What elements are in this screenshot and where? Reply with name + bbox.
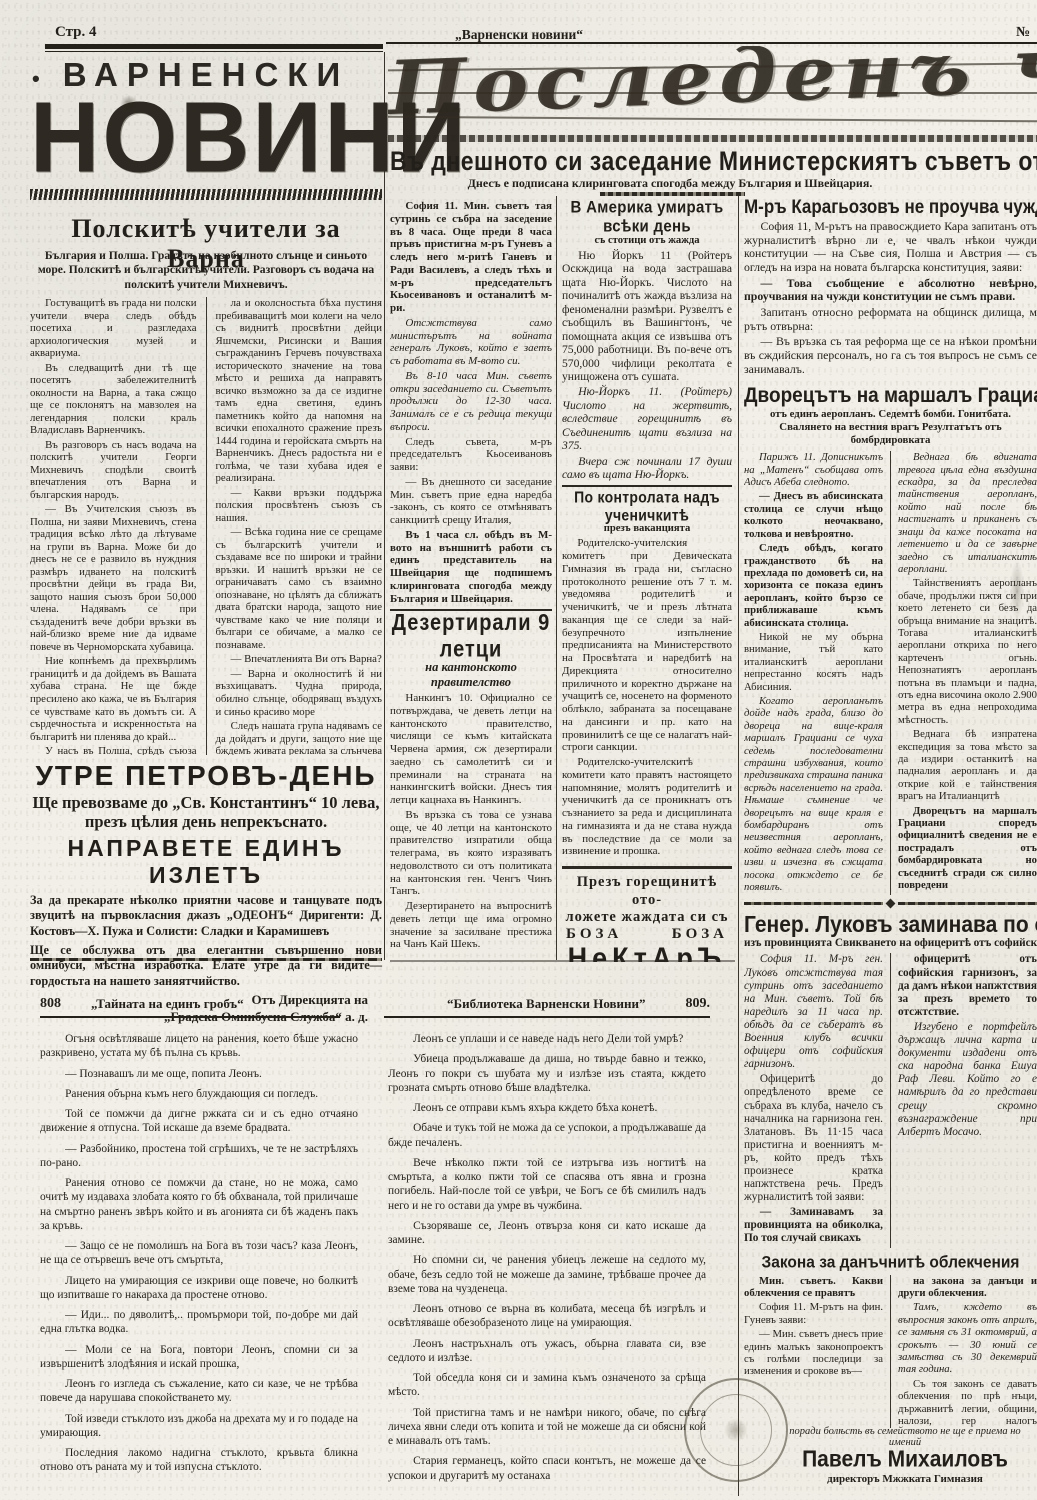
header-rule-right	[386, 42, 1037, 44]
excursion-advertisement: УТРЕ ПЕТРОВЪ-ДЕНЬ Ще превозваме до „Св. …	[30, 760, 382, 1026]
paragraph: Леонъ се уплаши и се наведе надъ него Де…	[388, 1032, 706, 1046]
paragraph: Въ връзка съ това се узнава още, че 40 л…	[390, 809, 552, 898]
paragraph: Офицеритѣ до опредѣленото време се събра…	[744, 1073, 883, 1204]
paragraph: София 11. М-рътъ на фин. Гуневъ заяви:	[744, 1301, 883, 1326]
paragraph: Родителско-учителския комитетъ при Девич…	[562, 537, 732, 754]
karagyozov-article-body: София 11, М-рътъ на правосждието Кара за…	[744, 220, 1037, 376]
paragraph: Гостуващитѣ въ града ни полски учители в…	[30, 297, 197, 360]
boza-brand-name: НеКтАрЪ	[562, 942, 732, 962]
paragraph: Въ следващитѣ дни тѣ ще посетятъ забележ…	[30, 362, 197, 437]
paragraph: Огъня освѣтляваше лицето на ранения, кое…	[40, 1032, 358, 1061]
paragraph: — Това съобщение е абсолютно невѣрно, пр…	[744, 277, 1037, 304]
paragraph: — Въ връзка съ тая реформа ще се на нѣко…	[744, 335, 1037, 376]
serial-text-column-1: Огъня освѣтляваше лицето на ранения, кое…	[40, 1032, 358, 1494]
ad-fare-line: Ще превозваме до „Св. Константинъ“ 10 ле…	[30, 794, 382, 832]
paragraph: Следъ съвета, м-ръ председательтъ Кьосеи…	[390, 436, 552, 474]
signature-note: поради болѣсть въ семейството не ще е пр…	[780, 1426, 1030, 1448]
paragraph: Парижъ 11. Дописникътъ на „Матенъ“ съобщ…	[744, 451, 883, 488]
ad-body-1: За да прекарате нѣколко приятни часове и…	[30, 893, 382, 939]
serial-right-page-header: “Библиотека Варненски Новини” 809.	[384, 996, 710, 1018]
america-subhead: съ стотици отъ жажда	[562, 235, 732, 246]
paragraph: Ранения обърна къмъ него блуждающия си п…	[40, 1087, 358, 1101]
section-divider	[390, 960, 735, 962]
paragraph: Но спомни си, че ранения убиецъ лежеше н…	[388, 1253, 706, 1296]
paragraph: Съ тоя законъ се даватъ облекчения по пр…	[898, 1378, 1037, 1428]
serial-right-page-number: 809.	[686, 996, 711, 1012]
ad-title: УТРЕ ПЕТРОВЪ-ДЕНЬ	[30, 760, 382, 792]
lukov-deck: изъ провинцията Свикването на офицеритѣ …	[744, 937, 1037, 949]
paragraph: — Впечатленията Ви отъ Варна?	[216, 653, 383, 666]
paragraph: — Варна и околноститѣ й ни възхищаватъ. …	[216, 668, 383, 718]
pupils-article-body: Родителско-учителския комитетъ при Девич…	[562, 537, 732, 858]
paragraph: Леонъ се отправи къмъ яхъра кждето бѣха …	[388, 1101, 706, 1115]
page-number-label: Стр. 4	[55, 24, 97, 41]
paragraph: — Въ днешното си заседание Мин. съветъ п…	[390, 476, 552, 527]
paragraph: — Защо се не помолишъ на Бога въ този ча…	[40, 1239, 358, 1268]
pupils-subhead: презъ ваканцията	[562, 523, 732, 534]
paragraph: Запитанъ относно реформата на общинск ди…	[744, 306, 1037, 333]
paragraph: Нанкингъ 10. Официално се потвърждава, ч…	[390, 692, 552, 807]
paragraph: — Разбойнико, простена той сгрѣшихъ, че …	[40, 1142, 358, 1171]
serial-right-page-title: “Библиотека Варненски Новини”	[447, 996, 646, 1012]
paragraph: офицеритѣ отъ софийския гарнизонъ, за да…	[898, 953, 1037, 1018]
america-headline: В Америка умиратъ всѣки день	[562, 200, 732, 236]
masthead: • ВАРНЕНСКИ НОВИНИ	[30, 56, 382, 200]
paragraph: София 11. М-ръ ген. Луковъ отсжтствува т…	[744, 953, 883, 1071]
signature-name: Павелъ Михаиловъ	[780, 1447, 1030, 1473]
masthead-title: НОВИНИ	[30, 92, 382, 184]
paragraph: Отсжтствува само министърътъ на войната …	[390, 317, 552, 368]
signature-title: директоръ Мжжката Гимназия	[780, 1473, 1030, 1485]
banner-ornament-bar	[600, 192, 745, 196]
deserters-headline-block: Дезертирали 9 летци на кантонското прави…	[390, 609, 552, 689]
paragraph: ла и околсностьта бѣха пустиня пребивава…	[216, 297, 383, 485]
section-divider	[30, 958, 382, 961]
paragraph: Тайнствениятъ аеропланъ обаче, продължи …	[898, 577, 1037, 726]
ornament-strip	[388, 135, 1037, 142]
paragraph: Следъ обѣдъ, когато гражданството бѣ на …	[744, 542, 883, 629]
paragraph: Ню-Йоркъ 11. (Ройтеръ) Числото на жертви…	[562, 385, 732, 452]
lukov-column-2: офицеритѣ отъ софийския гарнизонъ, за да…	[890, 953, 1037, 1247]
paragraph: Той изведи стъклото изъ джоба на дрехата…	[40, 1412, 358, 1441]
karagyozov-headline: М-ръ Карагьозовъ не проучва чужди консти…	[744, 196, 1037, 218]
banner-subheadline: Днесъ е подписана клиринговата спогодба …	[450, 176, 890, 191]
serial-left-page-header: 808 „Тайната на единъ гробъ“	[40, 996, 340, 1018]
paragraph: Дворецътъ на маршалъ Грациани споредъ оф…	[898, 805, 1037, 892]
lukov-article-body: София 11. М-ръ ген. Луковъ отсжтствува т…	[744, 953, 1037, 1247]
pupils-headline-block: По контролата надъ ученичкитѣ презъ вака…	[562, 485, 732, 534]
paragraph: Дезертирането на въпроснитѣ деветь летци…	[390, 900, 552, 951]
lukov-column-1: София 11. М-ръ ген. Луковъ отсжтствува т…	[744, 953, 883, 1247]
paragraph: Леонъ отново се върна въ колибата, месец…	[388, 1302, 706, 1331]
paragraph: Вече нѣколко пжти той се изтръгва изъ но…	[388, 1156, 706, 1213]
lead-article-column-2: ла и околсностьта бѣха пустиня пребивава…	[206, 297, 383, 755]
paragraph: Ние копнѣемъ да прехвърлимъ границитѣ и …	[30, 655, 197, 743]
paragraph: Той пристигна тамъ и не намѣри никого, о…	[388, 1406, 706, 1449]
paragraph: — Моли се на Бога, повтори Леонъ, спомни…	[40, 1343, 358, 1372]
column-divider	[738, 196, 739, 1496]
paragraph: Когато аеропланътъ дойде надъ града, бли…	[744, 695, 883, 894]
pupils-headline: По контролата надъ ученичкитѣ	[562, 489, 732, 524]
paragraph: Веднага бѣ изпратена експедиция за това …	[898, 728, 1037, 802]
lukov-headline: Генер. Луковъ заминава по обиколка	[744, 912, 1037, 939]
boza-ad-line-2: ложете жаждата си съ	[562, 909, 732, 926]
ornament-divider	[744, 900, 1037, 907]
boza-ad-line-1: Презъ горещинитѣ ото-	[562, 874, 732, 909]
graziani-column-2: Веднага бѣ вдигната тревога цѣла една въ…	[890, 451, 1037, 895]
column-america-pupils: В Америка умиратъ всѣки день съ стотици …	[562, 200, 732, 962]
paragraph: Мин. съветъ. Какви облекчения се правятъ	[744, 1275, 883, 1300]
column-right-strip: М-ръ Карагьозовъ не проучва чужди консти…	[744, 196, 1037, 1428]
serial-left-page-title: „Тайната на единъ гробъ“	[91, 996, 244, 1012]
graziani-headline: Дворецътъ на маршалъ Грациани бомбардир	[744, 384, 1037, 409]
paragraph: Вчера сж починали 17 души само въ щата Н…	[562, 455, 732, 482]
paragraph: — Въ Учителския съюзъ въ Полша, ни заяви…	[30, 503, 197, 653]
paragraph: — Иди... по дяволитѣ,.. промърмори той, …	[40, 1308, 358, 1337]
paragraph: Убиеца продължаваше да диша, но твърде б…	[388, 1052, 706, 1095]
issue-number-label: №	[1016, 25, 1030, 41]
paragraph: Тамъ, кждето въ въпросния законъ отъ апр…	[898, 1301, 1037, 1375]
paragraph: — Познавашъ ли ме още, попита Леонъ.	[40, 1067, 358, 1081]
paragraph: Родителско-учителскитѣ комитети като пра…	[562, 756, 732, 858]
paragraph: Никой не му обърна внимание, тъй като ит…	[744, 631, 883, 693]
scan-rule-line	[388, 92, 1037, 94]
serial-left-page-number: 808	[40, 996, 61, 1012]
graziani-article-body: Парижъ 11. Дописникътъ на „Матенъ“ съобщ…	[744, 451, 1037, 895]
paragraph: София 11. Мин. съветъ тая сутринь се съб…	[390, 200, 552, 315]
tax-law-column-2: на закона за данъци и други облекчения.Т…	[890, 1275, 1037, 1428]
paragraph: Последния лакомо надигна стъклото, кръвь…	[40, 1446, 358, 1475]
america-article-body: Ню Йоркъ 11 (Ройтеръ Оскждица на вода за…	[562, 249, 732, 481]
paragraph: Въ 1 часа сл. обѣдъ въ М-вото на външнит…	[390, 529, 552, 606]
ad-slogan: НАПРАВЕТЕ ЕДИНЪ ИЗЛЕТЪ	[30, 835, 382, 889]
america-headline-block: В Америка умиратъ всѣки день съ стотици …	[562, 200, 732, 246]
official-stamp	[684, 1378, 788, 1482]
paragraph: — Днесъ въ абисинската столица се случи …	[744, 490, 883, 540]
paragraph: Ранения отново се помжчи да стане, но не…	[40, 1176, 358, 1233]
graziani-deck: отъ единъ аеропланъ. Седемтѣ бомби. Гони…	[744, 408, 1037, 447]
deserters-headline: Дезертирали 9 летци	[390, 611, 552, 664]
paragraph: — Какви връзки поддържа полския просвѣте…	[216, 487, 383, 525]
paragraph: Леонъ го изгледа съ съжаление, като си к…	[40, 1377, 358, 1406]
paragraph: Леонъ настръхналъ отъ ужасъ, обърна глав…	[388, 1337, 706, 1366]
paragraph: Той се помжчи да дигне ржката си и съ ед…	[40, 1107, 358, 1136]
paragraph: Въ разговоръ съ насъ водача на полскитѣ …	[30, 439, 197, 502]
deserters-subhead: на кантонското правителство	[390, 660, 552, 689]
main-banner-headline: Въ днешното си заседание Министерскиятъ …	[390, 146, 1037, 177]
ad-body-2: Ще се обслужва отъ два елегантни съвърше…	[30, 943, 382, 989]
graziani-column-1: Парижъ 11. Дописникътъ на „Матенъ“ съобщ…	[744, 451, 883, 895]
paragraph: У насъ въ Полша, срѣдъ съюза на полскитѣ…	[30, 745, 197, 755]
tax-law-headline: Закона за данъчнитѣ облекчения	[744, 1253, 1037, 1272]
serial-text-column-2: Леонъ се уплаши и се наведе надъ него Де…	[388, 1032, 706, 1494]
header-rule-left	[45, 44, 383, 49]
lead-deck: България и Полша. Градътъ на изобилното …	[30, 249, 382, 292]
tax-law-article-body: Мин. съветъ. Какви облекчения се правятъ…	[744, 1275, 1037, 1428]
paragraph: Съзоряваше се, Леонъ отвърза коня си кат…	[388, 1219, 706, 1248]
paragraph: Веднага бѣ вдигната тревога цѣла една въ…	[898, 451, 1037, 575]
paragraph: Лицето на умирающия се изкриви още повеч…	[40, 1274, 358, 1303]
header-rule-left-thin	[45, 51, 383, 52]
paragraph: — Заминавамъ за провинцията на обиколка,…	[744, 1206, 883, 1245]
paragraph: Въ 8-10 часа Мин. съветъ откри заседание…	[390, 370, 552, 434]
paragraph: — Мин. съветъ днесъ прие единъ малъкъ за…	[744, 1328, 883, 1378]
paragraph: Следъ нашата група надявамъ се да дойдат…	[216, 720, 383, 755]
lead-article-body: Гостуващитѣ въ града ни полски учители в…	[30, 297, 382, 755]
paragraph: Той обседла коня си и замина къмъ означе…	[388, 1371, 706, 1400]
paragraph: Стария германецъ, който спаси контътъ, н…	[388, 1454, 706, 1483]
column-divider	[556, 196, 557, 960]
paragraph: на закона за данъци и други облекчения.	[898, 1275, 1037, 1300]
boza-advertisement: Презъ горещинитѣ ото- ложете жаждата си …	[562, 866, 732, 962]
newspaper-page: Стр. 4 „Варненски новини“ № • ВАРНЕНСКИ …	[0, 0, 1037, 1500]
paragraph: — Всѣка година ние се срещаме съ българс…	[216, 526, 383, 651]
lead-article-column-1: Гостуващитѣ въ града ни полски учители в…	[30, 297, 197, 755]
paragraph: София 11, М-рътъ на правосждието Кара за…	[744, 220, 1037, 275]
cabinet-article-body: София 11. Мин. съветъ тая сутринь се съб…	[390, 200, 552, 605]
paragraph: Ню Йоркъ 11 (Ройтеръ Оскждица на вода за…	[562, 249, 732, 383]
paragraph: Обаче и тукъ той не можа да се успокои, …	[388, 1121, 706, 1150]
column-cabinet-meeting: София 11. Мин. съветъ тая сутринь се съб…	[390, 200, 552, 962]
deserters-article-body: Нанкингъ 10. Официално се потвърждава, ч…	[390, 692, 552, 951]
paragraph: Изгубено е портфейлъ държащъ лична карта…	[898, 1021, 1037, 1139]
running-head-paper-name: „Варненски новини“	[369, 27, 669, 43]
director-signature-block: поради болѣсть въ семейството не ще е пр…	[780, 1424, 1030, 1485]
